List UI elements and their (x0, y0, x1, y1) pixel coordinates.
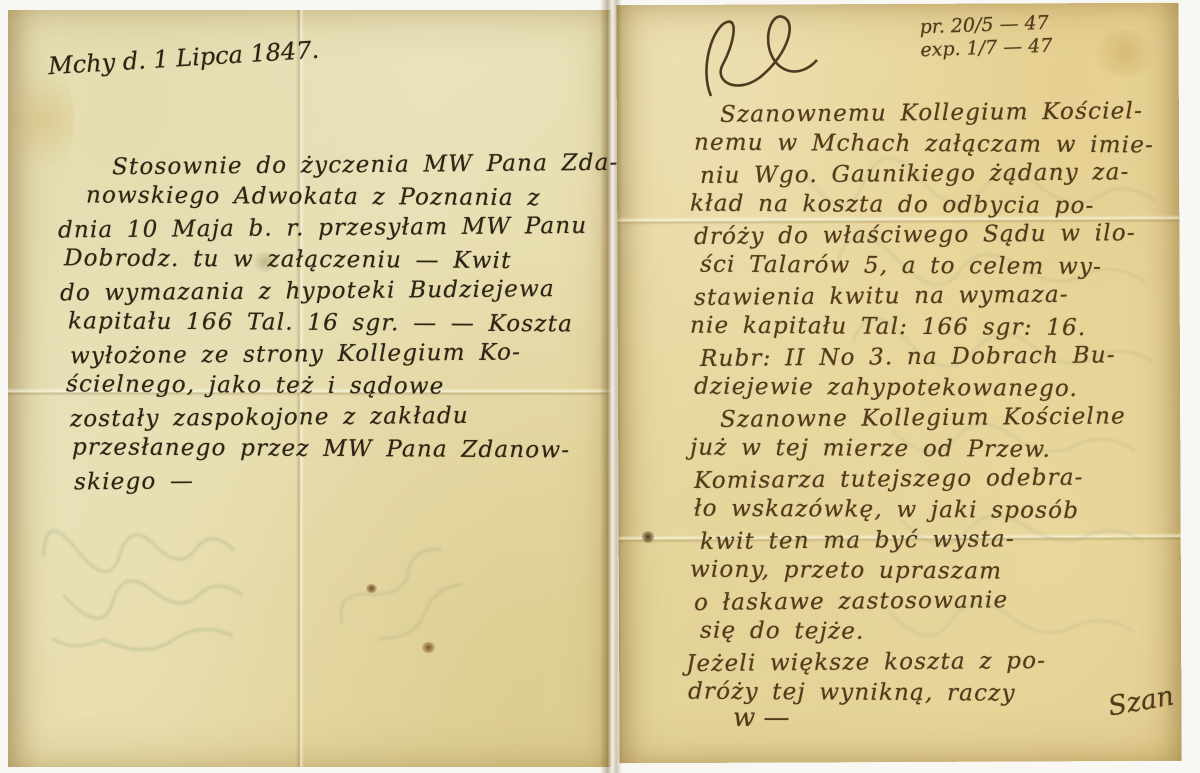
manuscript-line: ścielnego, jako też i sądowe (66, 369, 619, 404)
manuscript-line: Jeżeli większe koszta z po- (686, 645, 1154, 680)
left-page-body: Stosownie do życzenia MW Pana Zda- nowsk… (86, 150, 619, 497)
manuscript-line: Komisarza tutejszego odebra- (694, 462, 1154, 497)
registry-note-expedited: exp. 1/7 — 47 (920, 35, 1053, 63)
manuscript-line: do wymazania z hypoteki Budziejewa (60, 274, 619, 310)
manuscript-line: stawienia kwitu na wymaza- (694, 279, 1154, 314)
manuscript-line: dróży do właściwego Sądu w ilo- (694, 218, 1154, 253)
manuscript-line: niu Wgo. Gaunikiego żądany za- (700, 157, 1154, 191)
manuscript-line: przesłanego przez MW Pana Zdanow- (72, 432, 619, 467)
manuscript-line: ło wskazówkę, w jaki sposób (694, 493, 1154, 526)
manuscript-line: skiego — (74, 463, 619, 499)
bleedthrough-writing (290, 521, 505, 729)
manuscript-line: dnia 10 Maja b. r. przesyłam MW Panu (58, 211, 619, 247)
registry-note: pr. 20/5 — 47 exp. 1/7 — 47 (919, 12, 1053, 63)
right-page-body: Szanownemu Kollegium Kościel- nemu w Mch… (694, 98, 1154, 708)
manuscript-line: nie kapitału Tal: 166 sgr: 16. (690, 310, 1154, 343)
manuscript-line: nowskiego Adwokata z Poznania z (86, 180, 619, 215)
manuscript-line: Szanownemu Kollegium Kościel- (720, 96, 1154, 130)
manuscript-line: Stosownie do życzenia MW Pana Zda- (112, 148, 619, 184)
manuscript-line: o łaskawe zastosowanie (694, 584, 1154, 619)
manuscript-scan: Mchy d. 1 Lipca 1847. Stosownie do życze… (0, 0, 1200, 773)
manuscript-line: kład na koszta do odbycia po- (690, 188, 1154, 221)
manuscript-line: już w tej mierze od Przew. (690, 432, 1154, 465)
manuscript-line: wyłożone ze strony Kollegium Ko- (70, 337, 619, 373)
manuscript-line: nemu w Mchach załączam w imie- (694, 127, 1154, 160)
manuscript-line: dziejewie zahypotekowanego. (694, 371, 1154, 404)
manuscript-line: kwit ten ma być wysta- (700, 523, 1154, 557)
manuscript-line: zostały zaspokojone z zakładu (70, 400, 619, 436)
manuscript-line: kapitału 166 Tal. 16 sgr. — — Koszta (68, 306, 619, 341)
paraph-flourish-icon (693, 8, 843, 107)
manuscript-line: Dobrodz. tu w załączeniu — Kwit (64, 243, 619, 278)
footer-mark: w — (733, 703, 790, 733)
bleedthrough-writing (31, 509, 256, 680)
manuscript-line: się do tejże. (700, 615, 1154, 648)
manuscript-line: wiony, przeto upraszam (690, 554, 1154, 587)
manuscript-line: Rubr: II No 3. na Dobrach Bu- (700, 340, 1154, 374)
manuscript-line: Szanowne Kollegium Kościelne (720, 401, 1154, 435)
manuscript-line: ści Talarów 5, a to celem wy- (700, 249, 1154, 282)
